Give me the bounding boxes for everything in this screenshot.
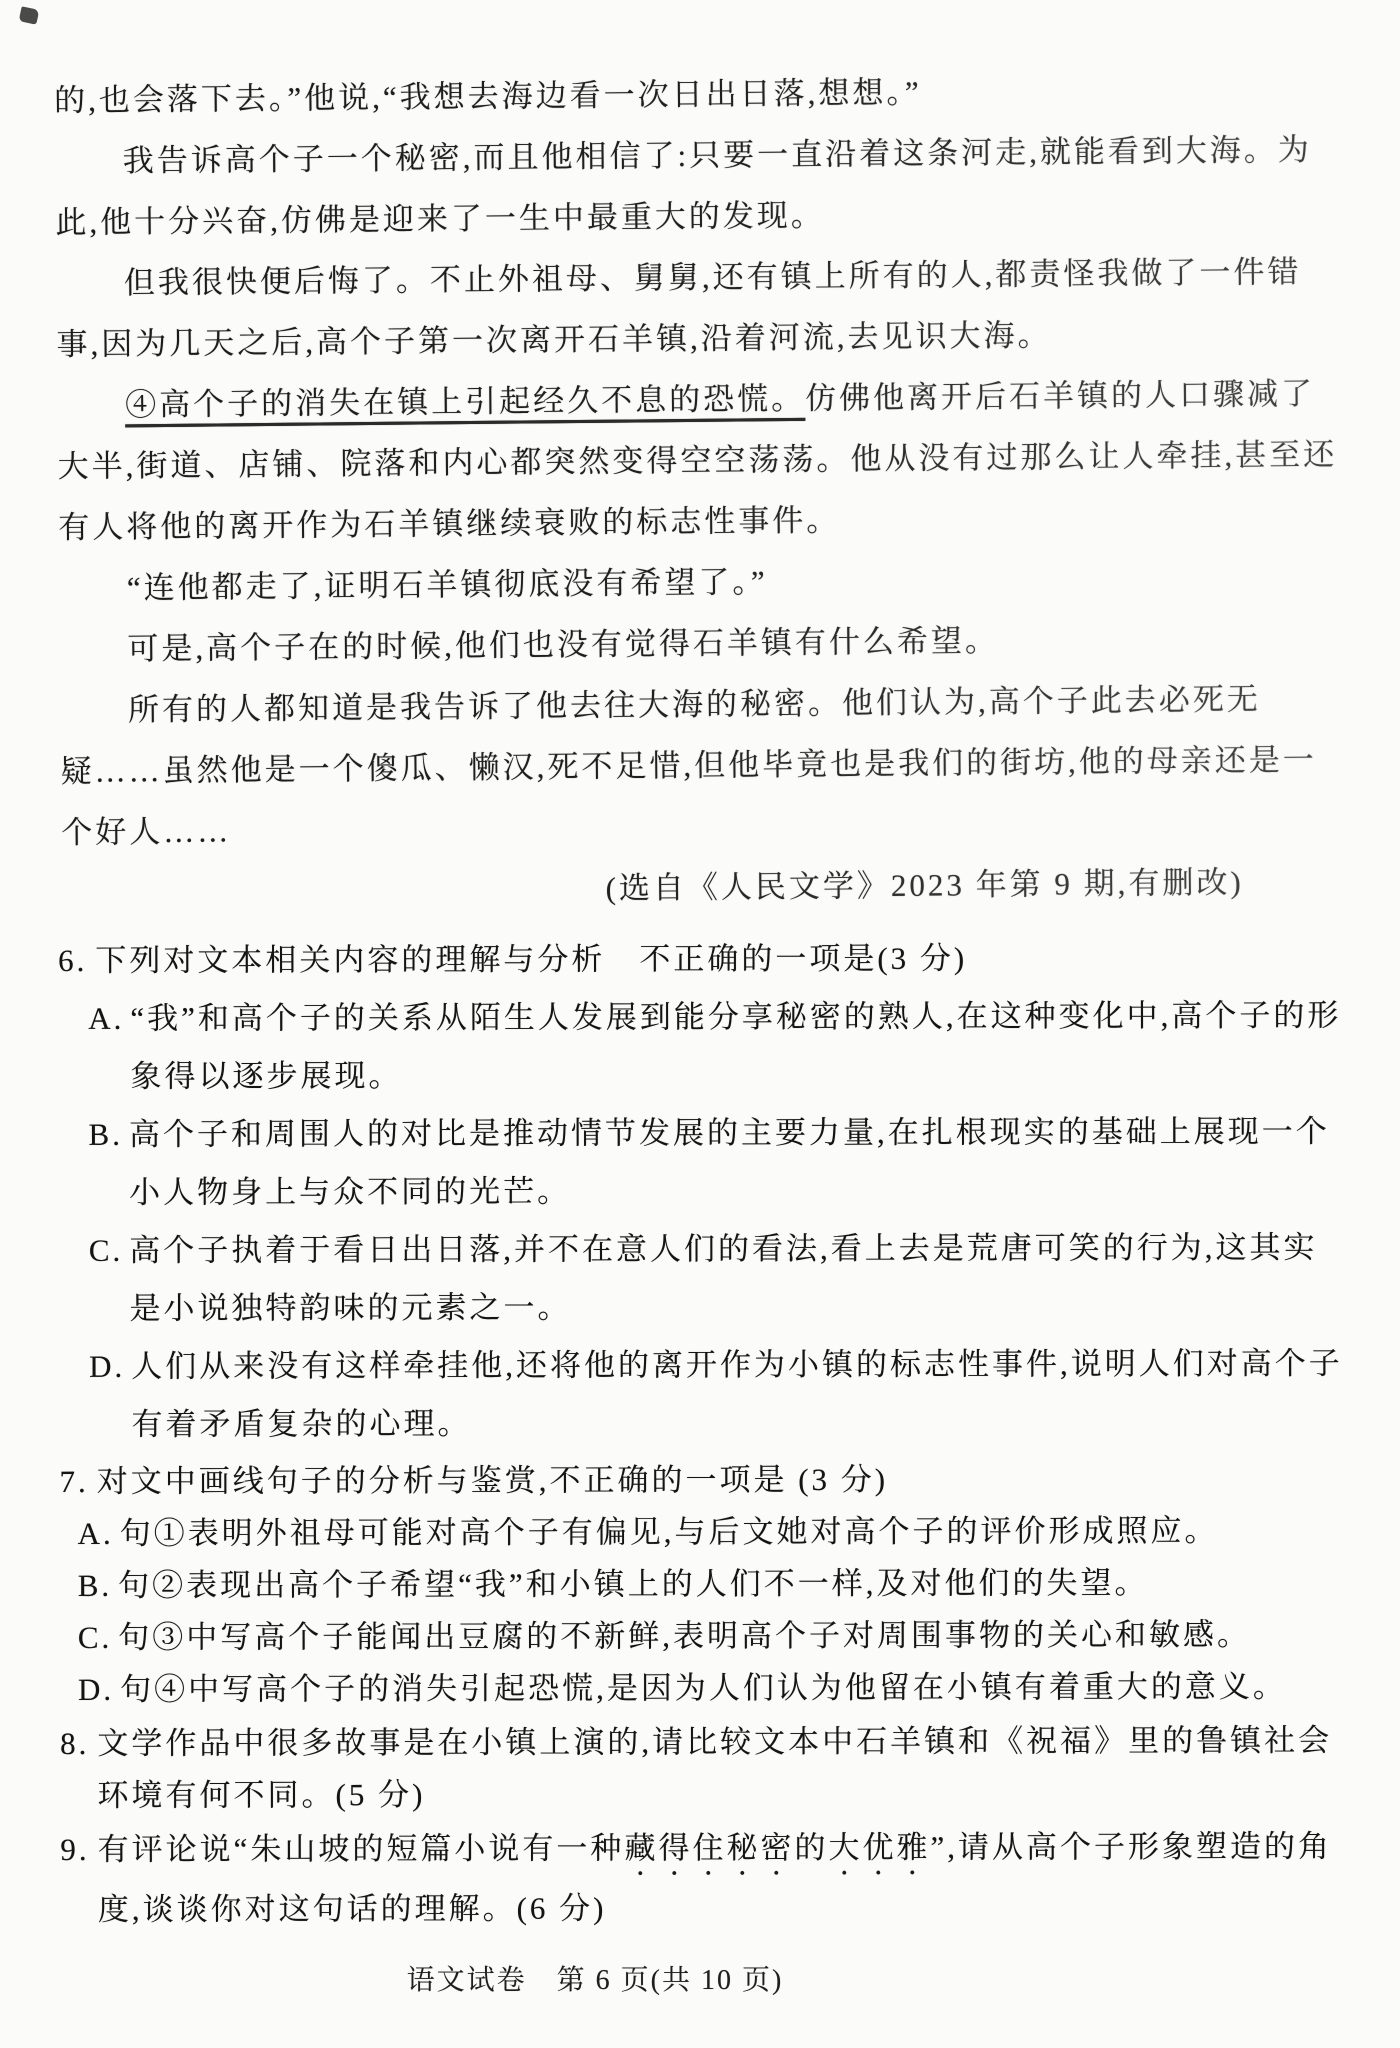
page-footer-text: 语文试卷 第 6 页(共 10 页) <box>407 1965 784 1996</box>
question-8-number: 8. <box>60 1718 89 1770</box>
option-a-label: A. <box>88 990 124 1048</box>
question-7: 7. 对文中画线句子的分析与鉴赏,不正确的一项是 (3 分) A. 句①表明外祖… <box>59 1453 1350 1716</box>
page-footer: 语文试卷 第 6 页(共 10 页) <box>0 1958 1240 1998</box>
exam-page: 的,也会落下去。”他说,“我想去海边看一次日出日落,想想。” 我告诉高个子一个秘… <box>0 0 1400 2048</box>
source-attribution: (选自《人民文学》2023 年第 9 期,有删改) <box>62 851 1353 924</box>
question-7-option-b: B. 句②表现出高个子希望“我”和小镇上的人们不一样,及对他们的失望。 <box>78 1557 1350 1612</box>
option-d-text: 人们从来没有这样牵挂他,还将他的离开作为小镇的标志性事件,说明人们对高个子有着矛… <box>131 1335 1349 1454</box>
questions-section: 6. 下列对文本相关内容的理解与分析 不正确的一项是(3 分) A. “我”和高… <box>58 929 1351 1936</box>
option-d-label: D. <box>78 1664 114 1716</box>
question-7-stem: 7. 对文中画线句子的分析与鉴赏,不正确的一项是 (3 分) <box>59 1453 1349 1508</box>
question-9-emphasized-phrase-2: 大优雅 <box>828 1830 930 1865</box>
option-b-text: 高个子和周围人的对比是推动情节发展的主要力量,在扎根现实的基础上展现一个小人物身… <box>129 1103 1349 1222</box>
option-c-label: C. <box>78 1612 113 1664</box>
option-b-label: B. <box>88 1106 123 1164</box>
underlined-sentence-4: ④高个子的消失在镇上引起经久不息的恐慌。 <box>125 381 805 423</box>
question-8-text: 文学作品中很多故事是在小镇上演的,请比较文本中石羊镇和《祝福》里的鲁镇社会环境有… <box>97 1715 1350 1822</box>
option-c-label: C. <box>89 1222 124 1280</box>
question-6-stem-text: 下列对文本相关内容的理解与分析 不正确的一项是(3 分) <box>95 929 1348 990</box>
question-6-number: 6. <box>58 932 87 990</box>
passage-paragraph-3: 但我很快便后悔了。不止外祖母、舅舅,还有镇上所有的人,都责怪我做了一件错事,因为… <box>56 241 1347 375</box>
option-b-label: B. <box>78 1560 113 1612</box>
question-7-stem-text: 对文中画线句子的分析与鉴赏,不正确的一项是 (3 分) <box>97 1453 1350 1508</box>
question-6-option-d: D. 人们从来没有这样牵挂他,还将他的离开作为小镇的标志性事件,说明人们对高个子… <box>89 1335 1349 1454</box>
option-d-label: D. <box>89 1338 125 1396</box>
question-6-option-b: B. 高个子和周围人的对比是推动情节发展的主要力量,在扎根现实的基础上展现一个小… <box>88 1103 1348 1222</box>
question-9-seg1: 有评论说“朱山坡的短篇小说有一种 <box>98 1831 625 1867</box>
option-b-text: 句②表现出高个子希望“我”和小镇上的人们不一样,及对他们的失望。 <box>118 1557 1350 1612</box>
reading-passage: 的,也会落下去。”他说,“我想去海边看一次日出日落,想想。” 我告诉高个子一个秘… <box>54 58 1352 924</box>
option-c-text: 句③中写高个子能闻出豆腐的不新鲜,表明高个子对周围事物的关心和敏感。 <box>118 1609 1350 1664</box>
option-d-text: 句④中写高个子的消失引起恐慌,是因为人们认为他留在小镇有着重大的意义。 <box>120 1661 1350 1716</box>
question-7-option-a: A. 句①表明外祖母可能对高个子有偏见,与后文她对高个子的评价形成照应。 <box>78 1505 1350 1560</box>
question-6-option-a: A. “我”和高个子的关系从陌生人发展到能分享秘密的熟人,在这种变化中,高个子的… <box>88 987 1348 1106</box>
option-a-text: “我”和高个子的关系从陌生人发展到能分享秘密的熟人,在这种变化中,高个子的形象得… <box>130 987 1348 1106</box>
question-9-number: 9. <box>60 1824 89 1876</box>
question-6: 6. 下列对文本相关内容的理解与分析 不正确的一项是(3 分) A. “我”和高… <box>58 929 1349 1454</box>
passage-paragraph-2: 我告诉高个子一个秘密,而且他相信了:只要一直沿着这条河走,就能看到大海。为此,他… <box>54 119 1345 253</box>
question-7-option-c: C. 句③中写高个子能闻出豆腐的不新鲜,表明高个子对周围事物的关心和敏感。 <box>78 1609 1350 1664</box>
question-7-option-d: D. 句④中写高个子的消失引起恐慌,是因为人们认为他留在小镇有着重大的意义。 <box>78 1661 1350 1716</box>
question-8: 8. 文学作品中很多故事是在小镇上演的,请比较文本中石羊镇和《祝福》里的鲁镇社会… <box>60 1715 1350 1822</box>
question-6-stem: 6. 下列对文本相关内容的理解与分析 不正确的一项是(3 分) <box>58 929 1348 990</box>
question-9-text: 有评论说“朱山坡的短篇小说有一种藏得住秘密的大优雅”,请从高个子形象塑造的角度,… <box>98 1821 1351 1936</box>
option-a-label: A. <box>78 1508 114 1560</box>
scan-artifact-mark <box>19 6 40 24</box>
option-c-text: 高个子执着于看日出日落,并不在意人们的看法,看上去是荒唐可笑的行为,这其实是小说… <box>129 1219 1349 1338</box>
question-9-emphasized-phrase-1: 藏得住秘密 <box>624 1830 794 1865</box>
question-9-seg2: 的 <box>794 1830 828 1865</box>
passage-paragraph-4: ④高个子的消失在镇上引起经久不息的恐慌。仿佛他离开后石羊镇的人口骤减了大半,街道… <box>57 363 1349 558</box>
passage-paragraph-7: 所有的人都知道是我告诉了他去往大海的秘密。他们认为,高个子此去必死无疑……虽然他… <box>60 668 1352 863</box>
question-7-number: 7. <box>59 1456 88 1508</box>
question-6-option-c: C. 高个子执着于看日出日落,并不在意人们的看法,看上去是荒唐可笑的行为,这其实… <box>89 1219 1349 1338</box>
option-a-text: 句①表明外祖母可能对高个子有偏见,与后文她对高个子的评价形成照应。 <box>120 1505 1350 1560</box>
question-9: 9. 有评论说“朱山坡的短篇小说有一种藏得住秘密的大优雅”,请从高个子形象塑造的… <box>60 1821 1350 1936</box>
